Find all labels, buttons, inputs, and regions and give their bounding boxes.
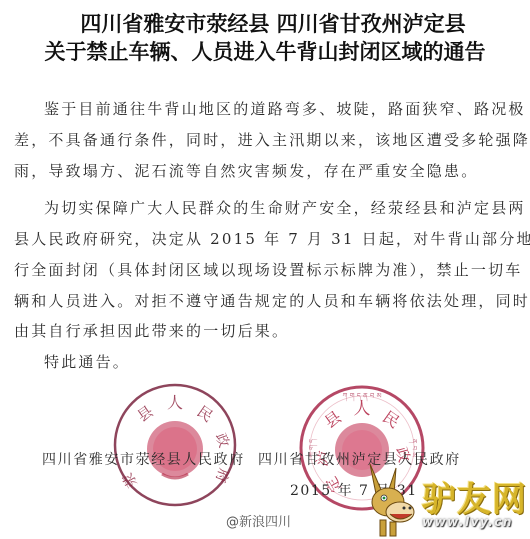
- official-seal-left: 人 县 民 政 府 荥: [112, 382, 238, 508]
- notice-title-line-2: 关于禁止车辆、人员进入牛背山封闭区域的通告: [0, 40, 530, 64]
- notice-title-line-1: 四川省雅安市荥经县 四川省甘孜州泸定县: [8, 12, 530, 36]
- paragraph-2-line-3: 行全面封闭（具体封闭区域以现场设置标示标牌为准），禁止一切车: [14, 261, 523, 279]
- paragraph-1-line-1: 鉴于目前通往牛背山地区的道路弯多、坡陡，路面狭窄、路况极: [44, 100, 526, 118]
- svg-text:人: 人: [167, 393, 183, 412]
- logo-text: 驴友网: [422, 472, 527, 521]
- logo-url: www.lvy.cn: [422, 515, 513, 529]
- weibo-watermark: @新浪四川: [226, 511, 291, 530]
- svg-text:民: 民: [194, 402, 217, 425]
- svg-text:政: 政: [212, 431, 232, 450]
- paragraph-1-line-3: 雨，导致塌方、泥石流等自然灾害频发，存在严重安全隐患。: [14, 162, 478, 180]
- paragraph-2-line-1: 为切实保障广大人民群众的生命财产安全，经荥经县和泸定县两: [44, 199, 526, 217]
- svg-text:县: 县: [321, 407, 345, 432]
- donkey-mascot-icon: [360, 462, 422, 539]
- signatory-left: 四川省雅安市荥经县人民政府: [42, 452, 245, 468]
- svg-text:民: 民: [379, 407, 403, 432]
- paragraph-2-line-2: 县人民政府研究，决定从 2015 年 7 月 31 日起，对牛背山部分地区实: [14, 230, 530, 248]
- paragraph-2-line-4: 辆和人员进入。对拒不遵守通告规定的人员和车辆将依法处理，同时，: [14, 292, 530, 310]
- seal-left-icon: 人 县 民 政 府 荥: [112, 382, 238, 508]
- lvy-logo: 驴友网 www.lvy.cn: [360, 462, 530, 539]
- paragraph-1-line-2: 差，不具备通行条件，同时，进入主汛期以来，该地区遭受多轮强降: [14, 131, 530, 149]
- closing-line: 特此通告。: [44, 353, 130, 371]
- paragraph-2-line-5: 由其自行承担因此带来的一切后果。: [14, 322, 289, 340]
- svg-text:县: 县: [134, 402, 157, 425]
- svg-text:人: 人: [354, 399, 371, 419]
